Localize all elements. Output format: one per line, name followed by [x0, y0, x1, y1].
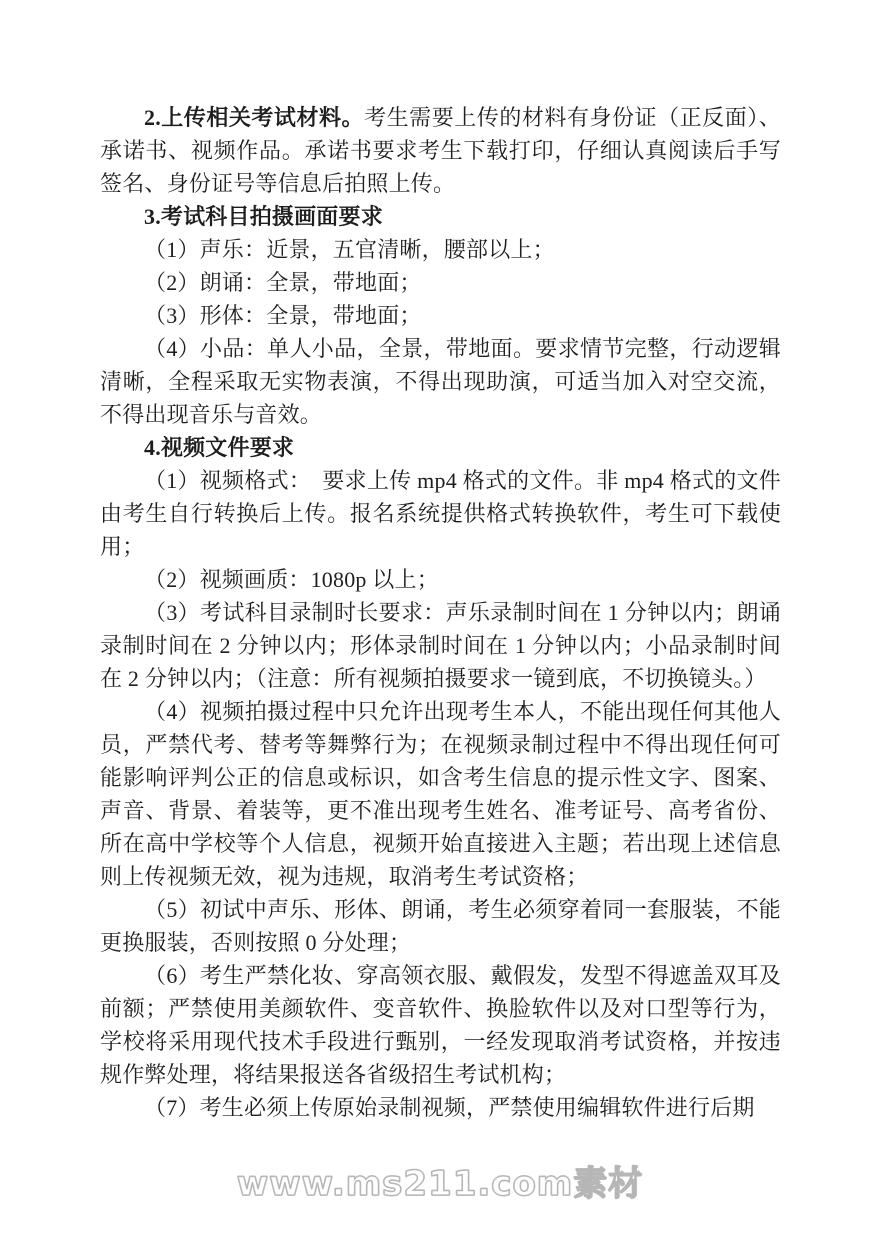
item-recording-duration: （3）考试科目录制时长要求：声乐录制时间在 1 分钟以内；朗诵录制时间在 2 分…	[100, 596, 781, 695]
document-page: 2.上传相关考试材料。考生需要上传的材料有身份证（正反面）、承诺书、视频作品。承…	[0, 0, 880, 1244]
item-recitation-framing: （2）朗诵：全景，带地面；	[100, 266, 781, 299]
paragraph-upload-materials-lead: 2.上传相关考试材料。	[144, 105, 364, 130]
document-body: 2.上传相关考试材料。考生需要上传的材料有身份证（正反面）、承诺书、视频作品。承…	[100, 101, 781, 1124]
item-appearance-rules: （6）考生严禁化妆、穿高领衣服、戴假发，发型不得遮盖双耳及前额；严禁使用美颜软件…	[100, 959, 781, 1091]
item-clothing-rule: （5）初试中声乐、形体、朗诵，考生必须穿着同一套服装，不能更换服装，否则按照 0…	[100, 893, 781, 959]
item-vocal-framing: （1）声乐：近景，五官清晰，腰部以上；	[100, 233, 781, 266]
item-original-video: （7）考生必须上传原始录制视频，严禁使用编辑软件进行后期	[100, 1091, 781, 1124]
heading-video-file-requirements: 4.视频文件要求	[100, 431, 781, 464]
paragraph-upload-materials: 2.上传相关考试材料。考生需要上传的材料有身份证（正反面）、承诺书、视频作品。承…	[100, 101, 781, 200]
item-recording-rules: （4）视频拍摄过程中只允许出现考生本人，不能出现任何其他人员，严禁代考、替考等舞…	[100, 695, 781, 893]
watermark: www.ms211.com素材	[237, 1156, 643, 1205]
item-sketch-framing: （4）小品：单人小品，全景，带地面。要求情节完整，行动逻辑清晰，全程采取无实物表…	[100, 332, 781, 431]
heading-shooting-requirements: 3.考试科目拍摄画面要求	[100, 200, 781, 233]
item-body-framing: （3）形体：全景，带地面；	[100, 299, 781, 332]
item-video-format: （1）视频格式： 要求上传 mp4 格式的文件。非 mp4 格式的文件由考生自行…	[100, 464, 781, 563]
item-video-quality: （2）视频画质：1080p 以上；	[100, 563, 781, 596]
